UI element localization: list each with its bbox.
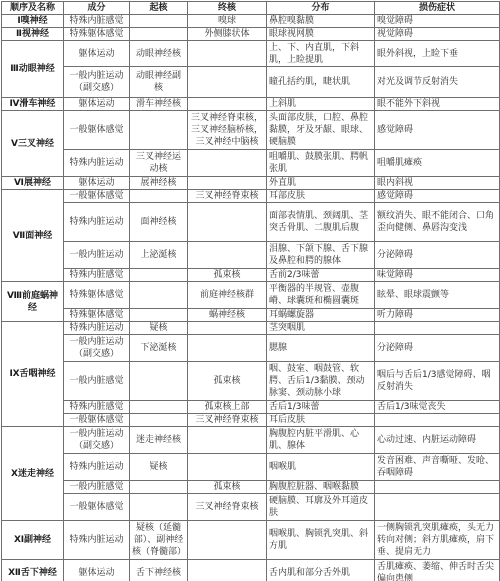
- table-row: Ⅰ嗅神经特殊内脏感觉嗅球鼻腔嗅黏膜嗅觉障碍: [2, 15, 500, 28]
- cell-terminal-nucleus: 三叉神经脊束核: [188, 494, 267, 521]
- cell-distribution: 胸腹腔内脏平滑肌、心肌、腺体: [267, 427, 375, 454]
- cell-component: 特殊躯体感觉: [64, 28, 130, 41]
- cell-terminal-nucleus: [188, 203, 267, 242]
- cell-terminal-nucleus: [188, 150, 267, 177]
- cell-component: 特殊内脏感觉: [64, 401, 130, 414]
- table-row: 一般内脏感觉孤束核咽、鼓室、咽鼓管、软腭、舌后1/3黏膜、颈动脉窦、颈动脉小球咽…: [2, 362, 500, 401]
- cell-origin-nucleus: 展神经核: [130, 177, 188, 190]
- cell-symptom: 一侧胸锁乳突肌瘫痪，头无力转向对侧；斜方肌瘫痪，肩下垂、提肩无力: [375, 521, 500, 560]
- cell-symptom: 感觉障碍: [375, 111, 500, 150]
- cell-symptom: 舌后1/3味觉丧失: [375, 401, 500, 414]
- cell-origin-nucleus: 迷走神经核: [130, 427, 188, 454]
- cell-component: 一般躯体感觉: [64, 414, 130, 427]
- cell-terminal-nucleus: 前庭神经核群: [188, 282, 267, 309]
- cell-distribution: 咽喉肌、胸锁乳突肌、斜方肌: [267, 521, 375, 560]
- nerve-name-cell: Ⅵ展神经: [2, 177, 64, 190]
- cell-component: 特殊内脏运动: [64, 322, 130, 335]
- table-row: 特殊内脏感觉孤束核舌前2/3味蕾味觉障碍: [2, 269, 500, 282]
- cell-component: 一般内脏运动 （副交感）: [64, 67, 130, 98]
- cell-component: 一般内脏运动: [64, 242, 130, 269]
- cell-terminal-nucleus: 三叉神经脊束核: [188, 414, 267, 427]
- table-row: 特殊内脏运动三叉神经运动核咀嚼肌、鼓膜张肌、腭帆张肌咀嚼肌瘫痪: [2, 150, 500, 177]
- cell-symptom: 咽后与舌后1/3感觉障碍、咽反射消失: [375, 362, 500, 401]
- cell-component: 特殊内脏感觉: [64, 269, 130, 282]
- cell-origin-nucleus: [130, 414, 188, 427]
- table-row: Ⅹ迷走神经一般内脏运动 （副交感）迷走神经核胸腹腔内脏平滑肌、心肌、腺体心动过速…: [2, 427, 500, 454]
- cell-distribution: 瞳孔括约肌，睫状肌: [267, 67, 375, 98]
- cell-origin-nucleus: [130, 190, 188, 203]
- table-row: Ⅳ滑车神经躯体运动滑车神经核上斜肌眼不能外下斜视: [2, 98, 500, 111]
- table-row: 一般内脏运动上泌涎核泪腺、下颌下腺、舌下腺及鼻腔和腭的腺体分泌障碍: [2, 242, 500, 269]
- cell-symptom: 额纹消失、眼不能闭合、口角歪向健侧、鼻唇沟变浅: [375, 203, 500, 242]
- cell-terminal-nucleus: [188, 454, 267, 481]
- table-row: Ⅲ动眼神经躯体运动动眼神经核上、下、内直肌，下斜肌，上睑提肌眼外斜视，上睑下垂: [2, 41, 500, 67]
- cell-origin-nucleus: 舌下神经核: [130, 560, 188, 581]
- cell-distribution: 耳后皮肤: [267, 414, 375, 427]
- cell-component: 躯体运动: [64, 560, 130, 581]
- cell-terminal-nucleus: [188, 521, 267, 560]
- cell-component: 躯体运动: [64, 41, 130, 67]
- cell-symptom: 视觉障碍: [375, 28, 500, 41]
- cell-origin-nucleus: [130, 309, 188, 322]
- column-header-0: 顺序及名称: [2, 2, 64, 15]
- cell-symptom: [375, 414, 500, 427]
- cell-origin-nucleus: [130, 494, 188, 521]
- cell-distribution: 腮腺: [267, 335, 375, 362]
- table-row: Ⅸ舌咽神经特殊内脏运动疑核茎突咽肌: [2, 322, 500, 335]
- cell-terminal-nucleus: 蜗神经核: [188, 309, 267, 322]
- cell-symptom: [375, 494, 500, 521]
- cell-origin-nucleus: 三叉神经运动核: [130, 150, 188, 177]
- cell-terminal-nucleus: 孤束核: [188, 481, 267, 494]
- cell-distribution: 面部表情肌、颈阔肌、茎突舌骨肌、二腹肌后腹: [267, 203, 375, 242]
- cell-origin-nucleus: 疑核（延髓部）、副神经核（脊髓部）: [130, 521, 188, 560]
- cell-component: 躯体运动: [64, 98, 130, 111]
- cell-terminal-nucleus: [188, 427, 267, 454]
- cell-component: 一般躯体感觉: [64, 190, 130, 203]
- cell-symptom: 眩晕、眼球震颤等: [375, 282, 500, 309]
- cell-symptom: [375, 481, 500, 494]
- cell-distribution: 外直肌: [267, 177, 375, 190]
- cell-component: 一般躯体感觉: [64, 494, 130, 521]
- cell-symptom: 分泌障碍: [375, 335, 500, 362]
- cell-distribution: 耳部皮肤: [267, 190, 375, 203]
- cell-symptom: 眼外斜视，上睑下垂: [375, 41, 500, 67]
- cell-origin-nucleus: 动眼神经核: [130, 41, 188, 67]
- column-header-4: 分布: [267, 2, 375, 15]
- cell-terminal-nucleus: 外侧膝状体: [188, 28, 267, 41]
- table-row: 一般内脏运动 （副交感）动眼神经副核瞳孔括约肌，睫状肌对光及调节反射消失: [2, 67, 500, 98]
- cell-symptom: 嗅觉障碍: [375, 15, 500, 28]
- table-row: Ⅵ展神经躯体运动展神经核外直肌眼内斜视: [2, 177, 500, 190]
- cell-component: 躯体运动: [64, 177, 130, 190]
- cell-component: 特殊躯体感觉: [64, 309, 130, 322]
- cell-terminal-nucleus: 孤束核上部: [188, 401, 267, 414]
- table-row: 一般内脏感觉孤束核胸腹腔脏器、咽喉黏膜: [2, 481, 500, 494]
- cell-origin-nucleus: 滑车神经核: [130, 98, 188, 111]
- table-row: Ⅺ副神经特殊内脏运动疑核（延髓部）、副神经核（脊髓部）咽喉肌、胸锁乳突肌、斜方肌…: [2, 521, 500, 560]
- cell-origin-nucleus: [130, 481, 188, 494]
- cell-distribution: 咽喉肌: [267, 454, 375, 481]
- table-row: 一般躯体感觉三叉神经脊束核耳后皮肤: [2, 414, 500, 427]
- cell-origin-nucleus: 疑核: [130, 322, 188, 335]
- cell-distribution: 咀嚼肌、鼓膜张肌、腭帆张肌: [267, 150, 375, 177]
- cell-symptom: 对光及调节反射消失: [375, 67, 500, 98]
- table-row: Ⅴ三叉神经一般躯体感觉三叉神经脊束核，三叉神经脑桥核，三叉神经中脑核头面部皮肤，…: [2, 111, 500, 150]
- cell-terminal-nucleus: 孤束核: [188, 269, 267, 282]
- cell-terminal-nucleus: [188, 41, 267, 67]
- table-row: Ⅻ舌下神经躯体运动舌下神经核舌内肌和部分舌外肌舌肌瘫痪、萎缩、伸舌时舌尖偏向患侧: [2, 560, 500, 581]
- cell-origin-nucleus: 疑核: [130, 454, 188, 481]
- cell-symptom: 心动过速、内脏运动障碍: [375, 427, 500, 454]
- cell-distribution: 耳蜗螺旋器: [267, 309, 375, 322]
- cell-distribution: 上、下、内直肌，下斜肌，上睑提肌: [267, 41, 375, 67]
- cell-symptom: 舌肌瘫痪、萎缩、伸舌时舌尖偏向患侧: [375, 560, 500, 581]
- cell-terminal-nucleus: 嗅球: [188, 15, 267, 28]
- column-header-3: 终核: [188, 2, 267, 15]
- table-row: Ⅶ面神经一般躯体感觉三叉神经脊束核耳部皮肤感觉障碍: [2, 190, 500, 203]
- cell-symptom: 感觉障碍: [375, 190, 500, 203]
- nerve-name-cell: Ⅱ视神经: [2, 28, 64, 41]
- cell-distribution: 上斜肌: [267, 98, 375, 111]
- table-row: 一般内脏运动 （副交感）下泌涎核腮腺分泌障碍: [2, 335, 500, 362]
- cell-distribution: 硬脑膜、耳廓及外耳道皮肤: [267, 494, 375, 521]
- cell-distribution: 舌内肌和部分舌外肌: [267, 560, 375, 581]
- cell-component: 一般内脏运动 （副交感）: [64, 335, 130, 362]
- cell-origin-nucleus: 下泌涎核: [130, 335, 188, 362]
- cell-symptom: 眼不能外下斜视: [375, 98, 500, 111]
- cell-origin-nucleus: [130, 269, 188, 282]
- cell-component: 一般内脏运动 （副交感）: [64, 427, 130, 454]
- cell-terminal-nucleus: 三叉神经脊束核: [188, 190, 267, 203]
- nerve-name-cell: Ⅲ动眼神经: [2, 41, 64, 98]
- nerve-name-cell: Ⅳ滑车神经: [2, 98, 64, 111]
- table-header: 顺序及名称成分起核终核分布损伤症状: [2, 2, 500, 15]
- header-row: 顺序及名称成分起核终核分布损伤症状: [2, 2, 500, 15]
- table-row: 特殊内脏运动疑核咽喉肌发音困难、声音嘶哑、发呛、吞咽障碍: [2, 454, 500, 481]
- cell-symptom: [375, 322, 500, 335]
- cell-symptom: 味觉障碍: [375, 269, 500, 282]
- table-row: 特殊内脏感觉孤束核上部舌后1/3味蕾舌后1/3味觉丧失: [2, 401, 500, 414]
- cell-symptom: 听力障碍: [375, 309, 500, 322]
- cell-distribution: 茎突咽肌: [267, 322, 375, 335]
- cell-component: 一般内脏感觉: [64, 362, 130, 401]
- cell-distribution: 舌后1/3味蕾: [267, 401, 375, 414]
- cell-distribution: 舌前2/3味蕾: [267, 269, 375, 282]
- nerve-name-cell: Ⅻ舌下神经: [2, 560, 64, 581]
- cell-distribution: 咽、鼓室、咽鼓管、软腭、舌后1/3黏膜、颈动脉窦、颈动脉小球: [267, 362, 375, 401]
- table-row: Ⅷ前庭蜗神经特殊躯体感觉前庭神经核群平衡器的半规管、壶腹嵴、球囊斑和椭圆囊斑眩晕…: [2, 282, 500, 309]
- cell-origin-nucleus: [130, 111, 188, 150]
- cell-origin-nucleus: 面神经核: [130, 203, 188, 242]
- cell-symptom: 分泌障碍: [375, 242, 500, 269]
- table-row: 特殊躯体感觉蜗神经核耳蜗螺旋器听力障碍: [2, 309, 500, 322]
- cell-terminal-nucleus: [188, 560, 267, 581]
- cell-distribution: 鼻腔嗅黏膜: [267, 15, 375, 28]
- cell-origin-nucleus: 上泌涎核: [130, 242, 188, 269]
- cell-distribution: 胸腹腔脏器、咽喉黏膜: [267, 481, 375, 494]
- nerve-name-cell: Ⅴ三叉神经: [2, 111, 64, 177]
- nerve-name-cell: Ⅰ嗅神经: [2, 15, 64, 28]
- nerve-name-cell: Ⅺ副神经: [2, 521, 64, 560]
- cell-symptom: 眼内斜视: [375, 177, 500, 190]
- column-header-5: 损伤症状: [375, 2, 500, 15]
- cell-terminal-nucleus: [188, 322, 267, 335]
- cell-origin-nucleus: [130, 15, 188, 28]
- nerve-name-cell: Ⅸ舌咽神经: [2, 322, 64, 427]
- column-header-2: 起核: [130, 2, 188, 15]
- table-row: 特殊内脏运动面神经核面部表情肌、颈阔肌、茎突舌骨肌、二腹肌后腹额纹消失、眼不能闭…: [2, 203, 500, 242]
- cell-terminal-nucleus: [188, 67, 267, 98]
- cell-distribution: 泪腺、下颌下腺、舌下腺及鼻腔和腭的腺体: [267, 242, 375, 269]
- cell-distribution: 头面部皮肤，口腔、鼻腔黏膜，牙及牙龈、眼球、硬脑膜: [267, 111, 375, 150]
- cell-terminal-nucleus: 孤束核: [188, 362, 267, 401]
- cell-terminal-nucleus: 三叉神经脊束核，三叉神经脑桥核，三叉神经中脑核: [188, 111, 267, 150]
- cell-component: 一般内脏感觉: [64, 481, 130, 494]
- cell-component: 一般躯体感觉: [64, 111, 130, 150]
- nerve-name-cell: Ⅶ面神经: [2, 190, 64, 282]
- cell-origin-nucleus: [130, 282, 188, 309]
- table-row: 一般躯体感觉三叉神经脊束核硬脑膜、耳廓及外耳道皮肤: [2, 494, 500, 521]
- cell-terminal-nucleus: [188, 242, 267, 269]
- cell-distribution: 眼球视网膜: [267, 28, 375, 41]
- cell-terminal-nucleus: [188, 177, 267, 190]
- cell-origin-nucleus: [130, 362, 188, 401]
- cell-component: 特殊内脏运动: [64, 150, 130, 177]
- nerve-name-cell: Ⅹ迷走神经: [2, 427, 64, 521]
- cell-symptom: 咀嚼肌瘫痪: [375, 150, 500, 177]
- nerve-name-cell: Ⅷ前庭蜗神经: [2, 282, 64, 322]
- cranial-nerve-table: 顺序及名称成分起核终核分布损伤症状 Ⅰ嗅神经特殊内脏感觉嗅球鼻腔嗅黏膜嗅觉障碍Ⅱ…: [1, 1, 500, 581]
- column-header-1: 成分: [64, 2, 130, 15]
- cell-component: 特殊内脏运动: [64, 521, 130, 560]
- cell-origin-nucleus: [130, 28, 188, 41]
- table-row: Ⅱ视神经特殊躯体感觉外侧膝状体眼球视网膜视觉障碍: [2, 28, 500, 41]
- cell-origin-nucleus: 动眼神经副核: [130, 67, 188, 98]
- cell-terminal-nucleus: [188, 98, 267, 111]
- cell-distribution: 平衡器的半规管、壶腹嵴、球囊斑和椭圆囊斑: [267, 282, 375, 309]
- cell-component: 特殊内脏运动: [64, 454, 130, 481]
- table-body: Ⅰ嗅神经特殊内脏感觉嗅球鼻腔嗅黏膜嗅觉障碍Ⅱ视神经特殊躯体感觉外侧膝状体眼球视网…: [2, 15, 500, 581]
- cell-component: 特殊内脏感觉: [64, 15, 130, 28]
- cell-origin-nucleus: [130, 401, 188, 414]
- cell-component: 特殊躯体感觉: [64, 282, 130, 309]
- cell-terminal-nucleus: [188, 335, 267, 362]
- cell-symptom: 发音困难、声音嘶哑、发呛、吞咽障碍: [375, 454, 500, 481]
- document-page: 顺序及名称成分起核终核分布损伤症状 Ⅰ嗅神经特殊内脏感觉嗅球鼻腔嗅黏膜嗅觉障碍Ⅱ…: [0, 0, 500, 581]
- cell-component: 特殊内脏运动: [64, 203, 130, 242]
